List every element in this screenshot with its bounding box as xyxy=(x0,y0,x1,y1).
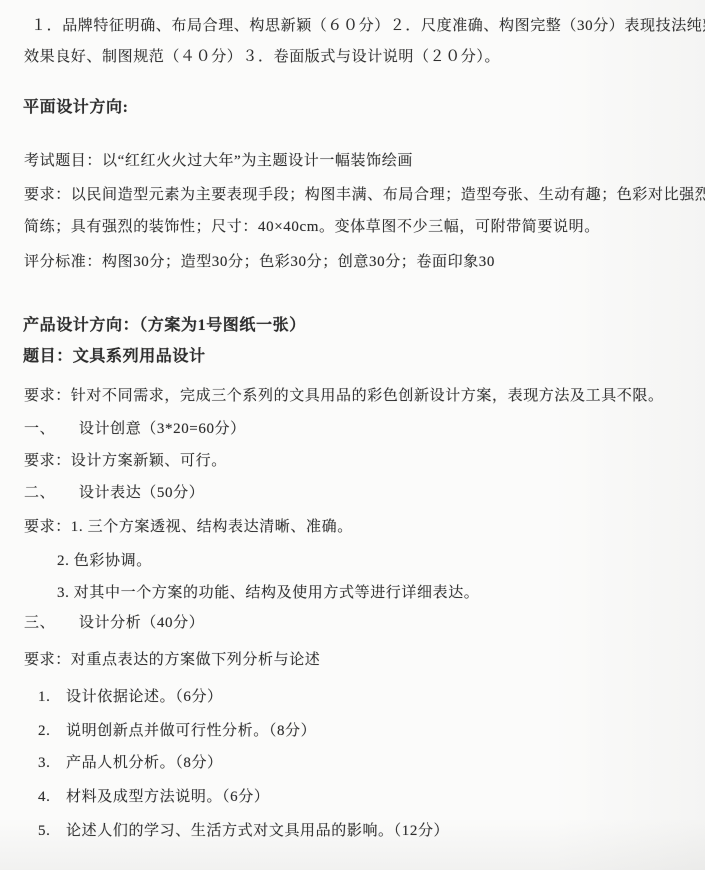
part3-heading-line: 三、 设计分析（40分） xyxy=(24,612,204,634)
analysis-item: 4. 材料及成型方法说明。（6分） xyxy=(38,786,269,808)
part2-requirement-line: 要求：1. 三个方案透视、结构表达清晰、准确。 xyxy=(24,516,353,538)
graphic-section-heading: 平面设计方向: xyxy=(23,97,129,119)
grading-note-line-2: 效果良好、制图规范（４０分）３．卷面版式与设计说明（２０分）。 xyxy=(24,46,500,68)
analysis-item: 1. 设计依据论述。（6分） xyxy=(38,686,223,708)
grading-note-line-1: １．品牌特征明确、布局合理、构思新颖（６０分）２．尺度准确、构图完整（30分）表… xyxy=(31,15,705,37)
product-topic-line: 题目：文具系列用品设计 xyxy=(23,346,206,368)
part2-requirement-line: 3. 对其中一个方案的功能、结构及使用方式等进行详细表达。 xyxy=(57,582,479,604)
part2-heading-line: 二、 设计表达（50分） xyxy=(24,482,204,504)
part3-requirement-line: 要求：对重点表达的方案做下列分析与论述 xyxy=(24,649,320,671)
analysis-item: 3. 产品人机分析。（8分） xyxy=(38,752,223,774)
graphic-scoring-line: 评分标准：构图30分；造型30分；色彩30分；创意30分；卷面印象30 xyxy=(24,251,495,273)
graphic-requirements-line-2: 简练；具有强烈的装饰性；尺寸：40×40cm。变体草图不少三幅，可附带简要说明。 xyxy=(24,216,600,238)
analysis-item: 5. 论述人们的学习、生活方式对文具用品的影响。（12分） xyxy=(38,820,449,842)
part2-requirement-line: 2. 色彩协调。 xyxy=(57,550,152,572)
part1-requirement-line: 要求：设计方案新颖、可行。 xyxy=(24,450,227,472)
part1-heading-line: 一、 设计创意（3*20=60分） xyxy=(24,418,246,440)
exam-topic-line: 考试题目：以“红红火火过大年”为主题设计一幅装饰绘画 xyxy=(24,150,413,172)
product-requirement-line: 要求：针对不同需求，完成三个系列的文具用品的彩色创新设计方案，表现方法及工具不限… xyxy=(24,385,664,407)
product-section-heading: 产品设计方向：（方案为1号图纸一张） xyxy=(23,315,306,337)
graphic-requirements-line-1: 要求：以民间造型元素为主要表现手段；构图丰满、布局合理；造型夸张、生动有趣；色彩… xyxy=(24,184,705,206)
analysis-item: 2. 说明创新点并做可行性分析。（8分） xyxy=(38,720,316,742)
